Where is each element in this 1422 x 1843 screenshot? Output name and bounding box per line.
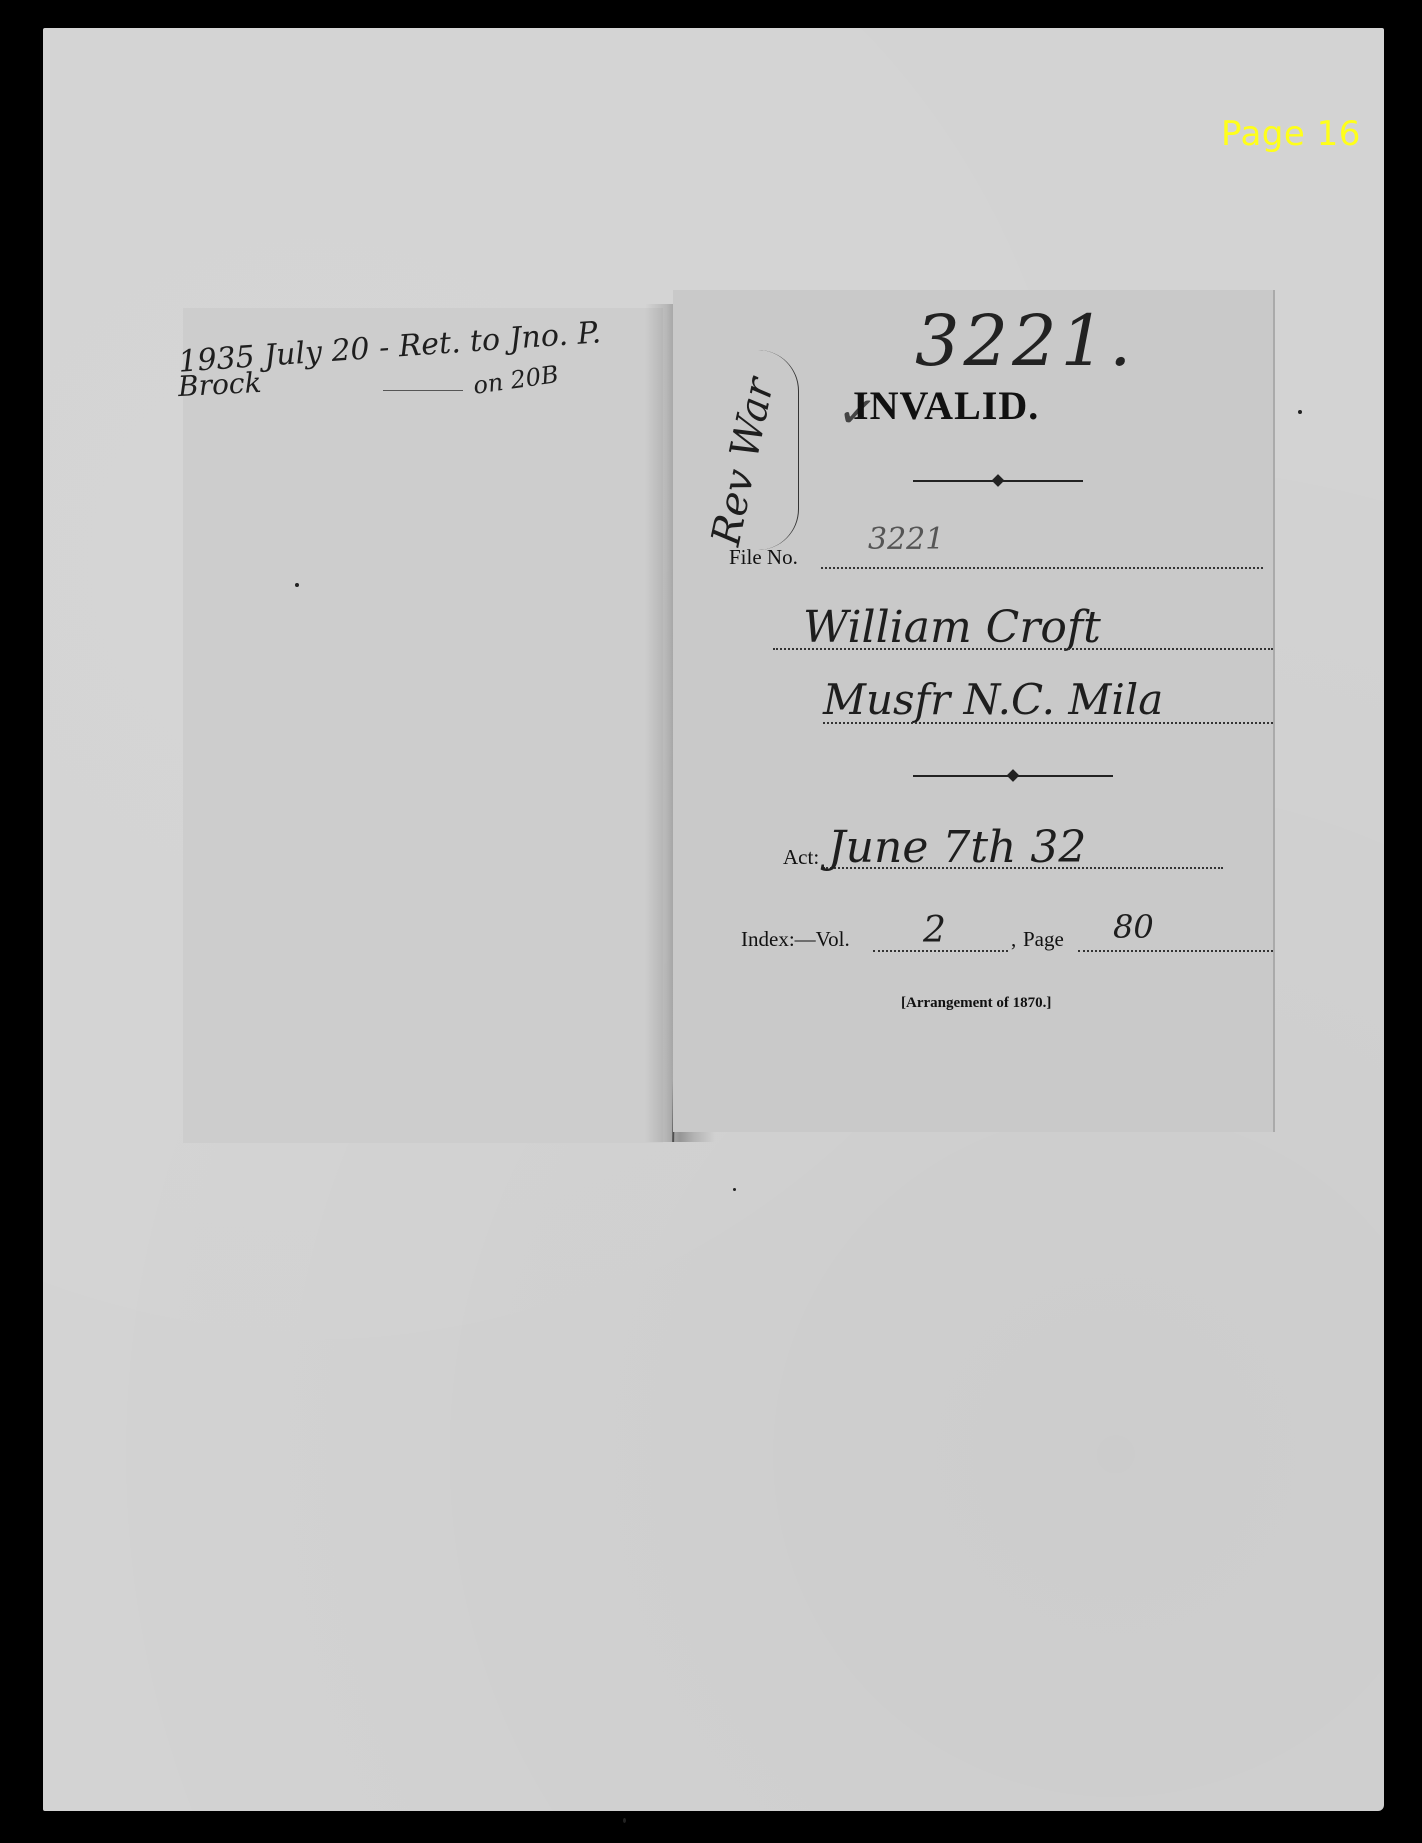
jacket-left-panel: 1935 July 20 - Ret. to Jno. P. Brock on … [183, 308, 663, 1143]
file-no-line [821, 567, 1263, 569]
file-number-large: 3221. [915, 300, 1135, 382]
ink-speck [733, 1188, 736, 1191]
pension-file-jacket: 1935 July 20 - Ret. to Jno. P. Brock on … [183, 290, 1288, 1143]
arrangement-note: [Arrangement of 1870.] [901, 995, 1051, 1012]
name-line [773, 648, 1273, 650]
index-page-value: 80 [1113, 908, 1154, 946]
page-number-label: Page 16 [1221, 114, 1361, 154]
index-page-label: Page [1023, 927, 1064, 952]
scanned-page: Page 16 1935 July 20 - Ret. to Jno. P. B… [43, 28, 1384, 1811]
index-vol-label: Index:—Vol. [741, 927, 850, 952]
act-label: Act: [783, 845, 819, 870]
act-value: June 7th 32 [828, 822, 1086, 873]
file-no-value: 3221 [868, 522, 944, 557]
comma: , [1011, 927, 1016, 952]
ink-speck [1298, 410, 1302, 414]
ink-speck [623, 1818, 626, 1823]
ornament-divider-icon [913, 775, 1113, 777]
claimant-unit: Musfr N.C. Mila [823, 675, 1163, 724]
claimant-name: William Croft [803, 602, 1101, 653]
handwritten-note-line3: on 20B [471, 360, 560, 400]
page-line [1078, 950, 1273, 952]
margin-bracket [758, 350, 799, 550]
note-dash [383, 390, 463, 391]
handwritten-note-line2: Brock [177, 366, 262, 403]
vol-value: 2 [923, 910, 946, 951]
unit-line [823, 722, 1273, 724]
ornament-divider-icon [913, 480, 1083, 482]
jacket-right-panel: Rev War ✓ 3221. INVALID. File No. 3221 W… [673, 290, 1275, 1132]
document-title: INVALID. [853, 382, 1039, 429]
ink-speck [295, 583, 299, 587]
file-no-label: File No. [729, 545, 798, 570]
